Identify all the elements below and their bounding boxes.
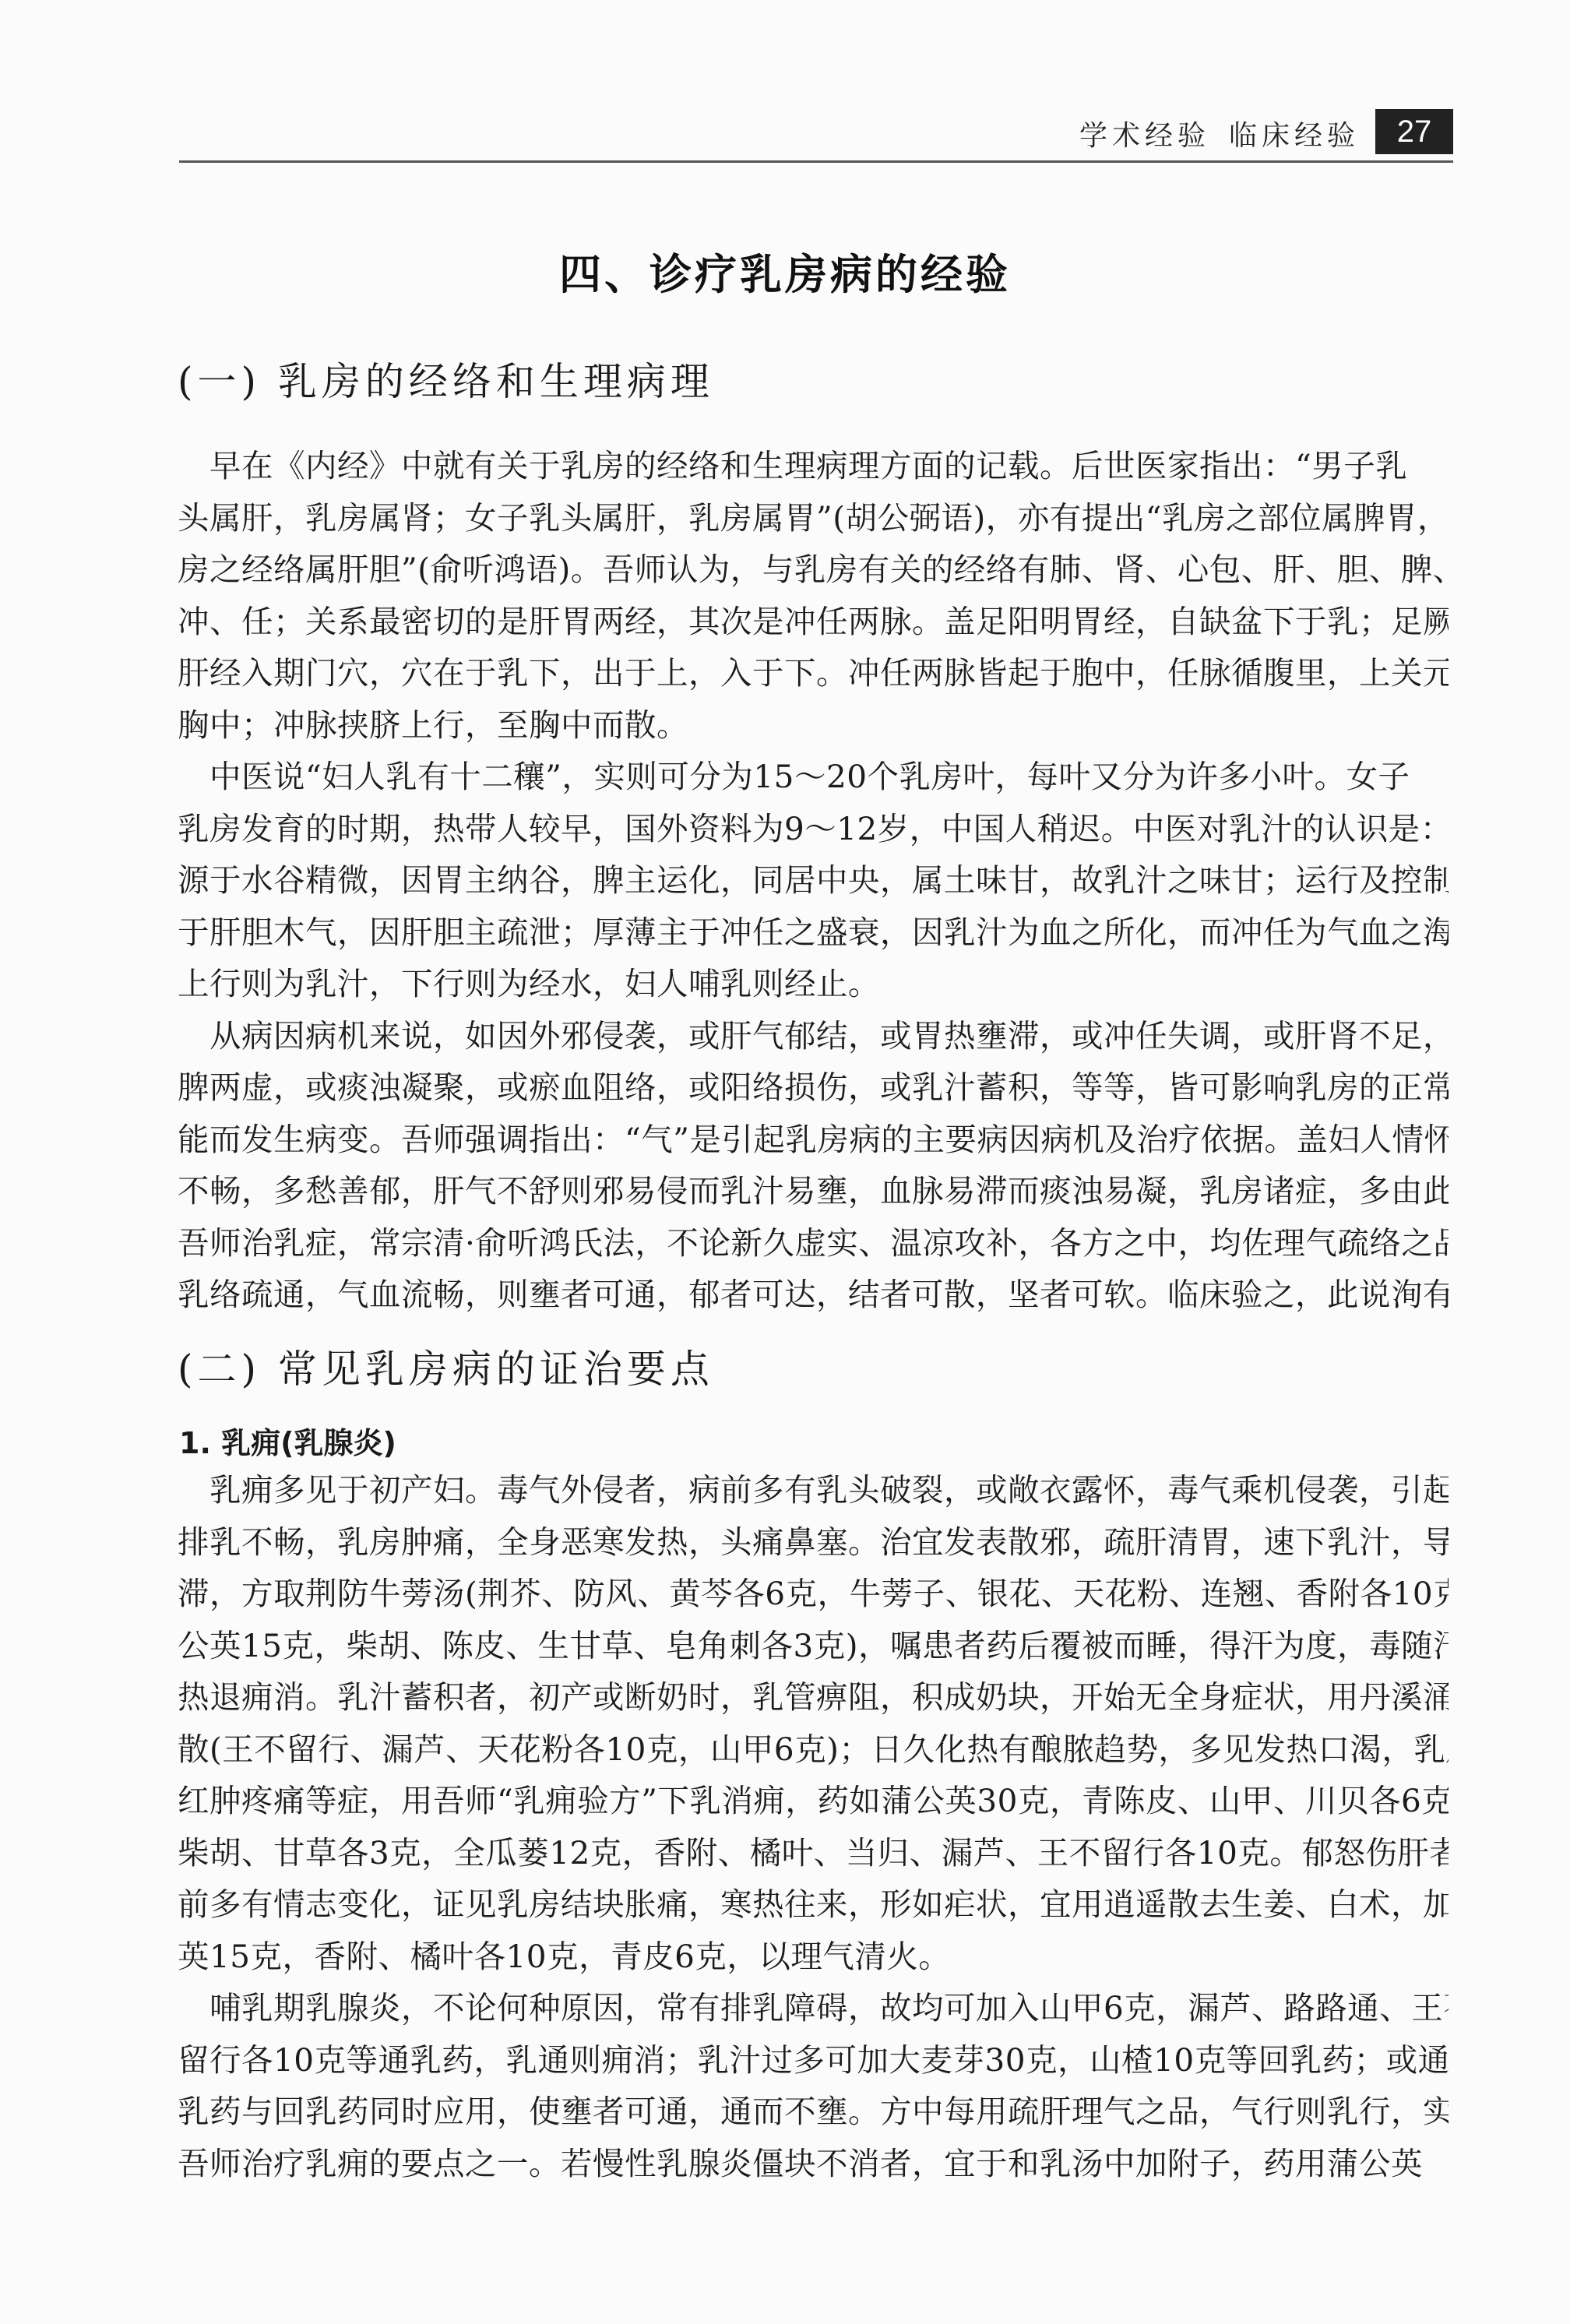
text-line: 哺乳期乳腺炎，不论何种原因，常有排乳障碍，故均可加入山甲6克，漏芦、路路通、王不 [178,1982,1449,2034]
text-line: 不畅，多愁善郁，肝气不舒则邪易侵而乳汁易壅，血脉易滞而痰浊易凝，乳房诸症，多由此… [178,1165,1449,1217]
text-line: 肝经入期门穴，穴在于乳下，出于上，入于下。冲任两脉皆起于胞中，任脉循腹里，上关元… [178,647,1449,699]
text-line: 能而发生病变。吾师强调指出：“气”是引起乳房病的主要病因病机及治疗依据。盖妇人情… [178,1114,1449,1166]
text-line: 于肝胆木气，因肝胆主疏泄；厚薄主于冲任之盛衰，因乳汁为血之所化，而冲任为气血之海… [178,907,1449,959]
text-line: 乳房发育的时期，热带人较早，国外资料为9～12岁，中国人稍迟。中医对乳汁的认识是… [178,803,1449,855]
text-line: 排乳不畅，乳房肿痛，全身恶寒发热，头痛鼻塞。治宜发表散邪，疏肝清胃，速下乳汁，导… [178,1516,1449,1569]
text-line: 热退痈消。乳汁蓄积者，初产或断奶时，乳管痹阻，积成奶块，开始无全身症状，用丹溪涌… [178,1671,1449,1724]
text-line: 乳药与回乳药同时应用，使壅者可通，通而不壅。方中每用疏肝理气之品，气行则乳行，实… [178,2086,1449,2138]
running-header: 学术经验临床经验 27 [179,109,1453,163]
text-line: 吾师治乳症，常宗清·俞听鸿氏法，不论新久虚实、温凉攻补，各方之中，均佐理气疏络之… [178,1217,1449,1269]
page-number: 27 [1375,109,1453,154]
text-line: 吾师治疗乳痈的要点之一。若慢性乳腺炎僵块不消者，宜于和乳汤中加附子，药用蒲公英 [178,2138,1449,2190]
section-title-1: (一) 乳房的经络和生理病理 [178,350,714,407]
text-line: 上行则为乳汁，下行则为经水，妇人哺乳则经止。 [178,958,1449,1010]
text-line: 留行各10克等通乳药，乳通则痈消；乳汁过多可加大麦芽30克，山楂10克等回乳药；… [178,2034,1449,2086]
text-line: 房之经络属肝胆”(俞听鸿语)。吾师认为，与乳房有关的经络有肺、肾、心包、肝、胆、… [178,544,1449,596]
chapter-title: 四、诊疗乳房病的经验 [0,241,1570,301]
text-line: 从病因病机来说，如因外邪侵袭，或肝气郁结，或胃热壅滞，或冲任失调，或肝肾不足，或… [178,1010,1449,1062]
section-title-2: (二) 常见乳房病的证治要点 [178,1338,714,1394]
text-line: 公英15克，柴胡、陈皮、生甘草、皂角刺各3克)，嘱患者药后覆被而睡，得汗为度，毒… [178,1620,1449,1672]
text-line: 脾两虚，或痰浊凝聚，或瘀血阻络，或阳络损伤，或乳汁蓄积，等等，皆可影响乳房的正常… [178,1062,1449,1114]
text-line: 红肿疼痛等症，用吾师“乳痈验方”下乳消痈，药如蒲公英30克，青陈皮、山甲、川贝各… [178,1775,1449,1827]
section-2-body: 乳痈多见于初产妇。毒气外侵者，病前多有乳头破裂，或敞衣露怀，毒气乘机侵袭，引起 … [178,1464,1449,2189]
text-line: 中医说“妇人乳有十二穰”，实则可分为15～20个乳房叶，每叶又分为许多小叶。女子 [178,751,1449,803]
text-line: 早在《内经》中就有关于乳房的经络和生理病理方面的记载。后世医家指出：“男子乳 [178,440,1449,492]
text-line: 前多有情志变化，证见乳房结块胀痛，寒热往来，形如疟状，宜用逍遥散去生姜、白术，加… [178,1879,1449,1931]
text-line: 胸中；冲脉挟脐上行，至胸中而散。 [178,699,1449,752]
text-line: 散(王不留行、漏芦、天花粉各10克，山甲6克)；日久化热有酿脓趋势，多见发热口渴… [178,1724,1449,1776]
text-line: 滞，方取荆防牛蒡汤(荆芥、防风、黄芩各6克，牛蒡子、银花、天花粉、连翘、香附各1… [178,1568,1449,1620]
section-1-body: 早在《内经》中就有关于乳房的经络和生理病理方面的记载。后世医家指出：“男子乳 头… [178,440,1449,1321]
text-line: 柴胡、甘草各3克，全瓜蒌12克，香附、橘叶、当归、漏芦、王不留行各10克。郁怒伤… [178,1827,1449,1879]
header-subsection-text: 临床经验 [1229,120,1360,152]
text-line: 英15克，香附、橘叶各10克，青皮6克，以理气清火。 [178,1931,1449,1983]
text-line: 乳络疏通，气血流畅，则壅者可通，郁者可达，结者可散，坚者可软。临床验之，此说洵有… [178,1269,1449,1321]
header-section-text: 学术经验 [1079,120,1210,152]
text-line: 冲、任；关系最密切的是肝胃两经，其次是冲任两脉。盖足阳明胃经，自缺盆下于乳；足厥… [178,596,1449,648]
subsection-title-1: 1. 乳痈(乳腺炎) [179,1419,396,1462]
text-line: 头属肝，乳房属肾；女子乳头属肝，乳房属胃”(胡公弼语)，亦有提出“乳房之部位属脾… [178,492,1449,544]
header-section-label: 学术经验临床经验 [1079,114,1360,153]
text-line: 乳痈多见于初产妇。毒气外侵者，病前多有乳头破裂，或敞衣露怀，毒气乘机侵袭，引起 [178,1464,1449,1516]
text-line: 源于水谷精微，因胃主纳谷，脾主运化，同居中央，属土味甘，故乳汁之味甘；运行及控制… [178,854,1449,907]
